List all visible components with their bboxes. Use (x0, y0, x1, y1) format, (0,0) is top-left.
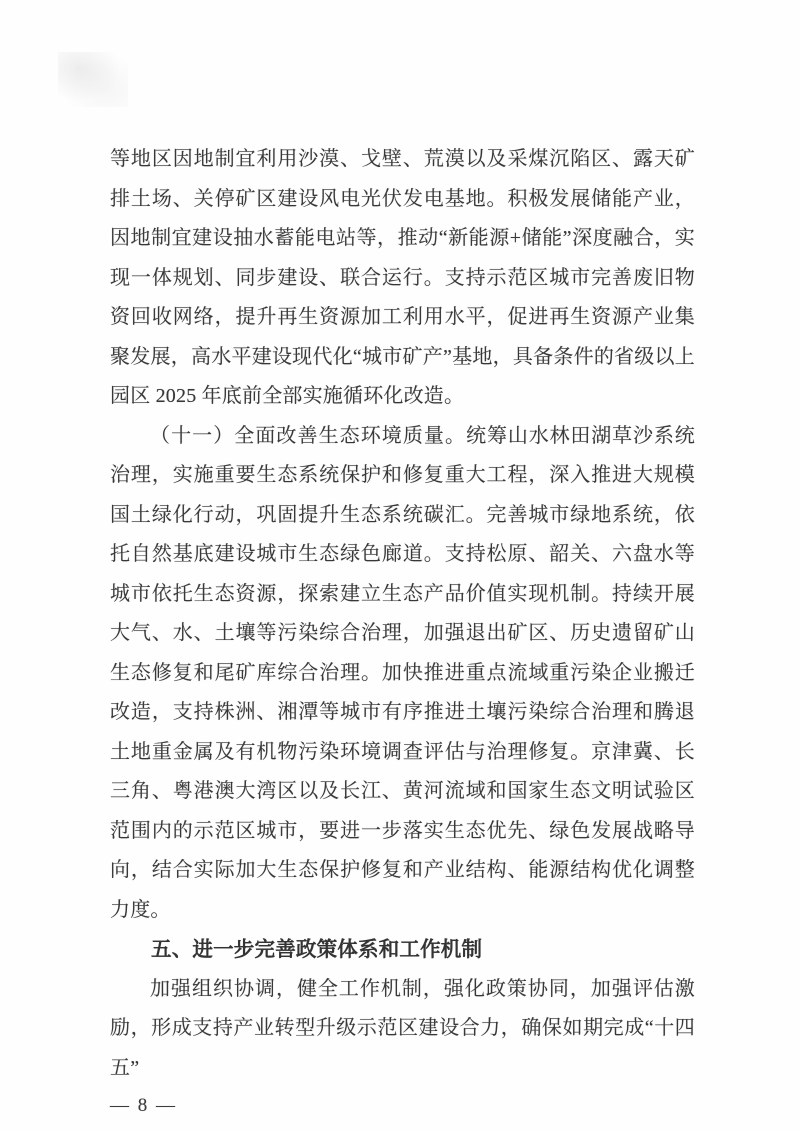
clause-lead: （十一）全面改善生态环境质量。 (150, 425, 466, 447)
document-page: 等地区因地制宜利用沙漠、戈壁、荒漠以及采煤沉陷区、露天矿排土场、关停矿区建设风电… (0, 0, 800, 1131)
section-heading-5: 五、进一步完善政策体系和工作机制 (110, 930, 695, 970)
scan-smudge-artifact (58, 52, 128, 107)
clause-body-text: 统筹山水林田湖草沙系统治理，实施重要生态系统保护和修复重大工程，深入推进大规模国… (110, 425, 695, 921)
paragraph-closing: 加强组织协调，健全工作机制，强化政策协同，加强评估激励，形成支持产业转型升级示范… (110, 970, 695, 1089)
text-block: 等地区因地制宜利用沙漠、戈壁、荒漠以及采煤沉陷区、露天矿排土场、关停矿区建设风电… (110, 140, 695, 1120)
paragraph-clause-11: （十一）全面改善生态环境质量。统筹山水林田湖草沙系统治理，实施重要生态系统保护和… (110, 417, 695, 931)
paragraph-continuation: 等地区因地制宜利用沙漠、戈壁、荒漠以及采煤沉陷区、露天矿排土场、关停矿区建设风电… (110, 140, 695, 417)
page-number: — 8 — (110, 1092, 695, 1120)
